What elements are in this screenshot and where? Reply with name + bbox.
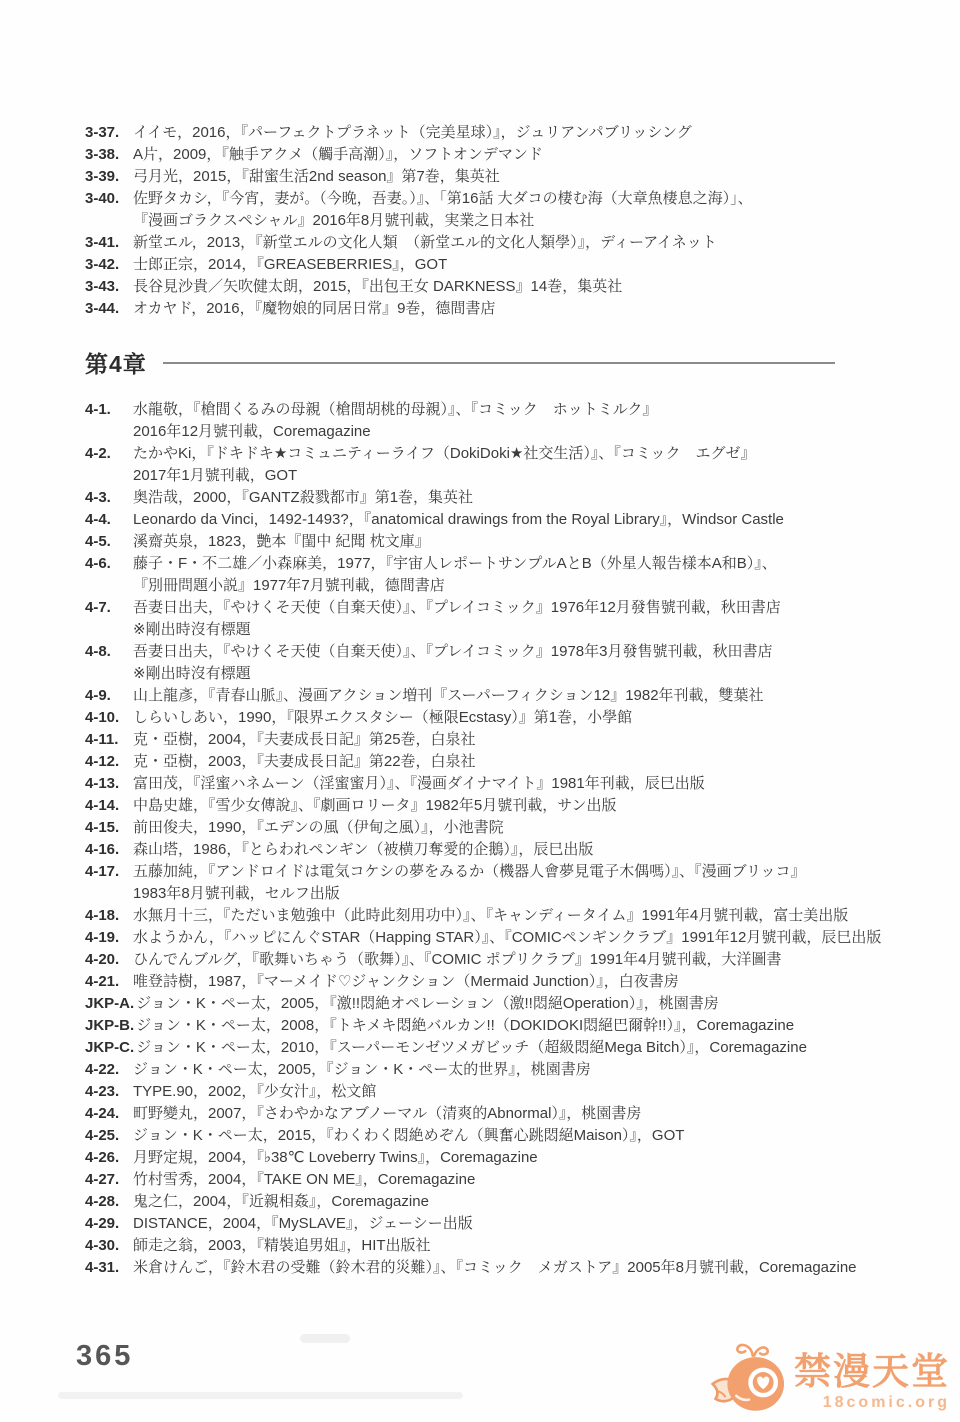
reference-entry: 4-13.富田茂，『淫蜜ハネムーン（淫蜜蜜月）』、『漫画ダイナマイト』1981年… bbox=[85, 773, 905, 795]
entry-number: 4-15. bbox=[85, 817, 133, 839]
entry-text: 鬼之仁，2004，『近親相姦』，Coremagazine bbox=[133, 1191, 429, 1213]
watermark-site-url: 18comic.org bbox=[823, 1394, 950, 1412]
reference-entry: 4-7.吾妻日出夫，『やけくそ天使（自棄天使）』、『プレイコミック』1976年1… bbox=[85, 597, 905, 641]
entry-number: 4-18. bbox=[85, 905, 133, 927]
entry-line: 中島史雄，『雪少女傳說』、『劇画ロリータ』1982年5月號刊載，サン出版 bbox=[133, 795, 616, 817]
reference-entry: 4-22.ジョン・K・ペー太，2005，『ジョン・K・ペー太的世界』，桃園書房 bbox=[85, 1059, 905, 1081]
entry-number: 4-10. bbox=[85, 707, 133, 729]
entry-number: 4-9. bbox=[85, 685, 133, 707]
entry-number: 4-13. bbox=[85, 773, 133, 795]
reference-entry: 4-24.町野變丸，2007，『さわやかなアブノーマル（清爽的Abnormal）… bbox=[85, 1103, 905, 1125]
entry-text: 佐野タカシ，『今宵，妻が。（今晚，吾妻。）』、「第16話 大ダコの棲む海（大章魚… bbox=[133, 188, 753, 232]
entry-text: ジョン・K・ペー太，2015，『わくわく悶絶めぞん（興奮心跳悶絕Maison）』… bbox=[133, 1125, 684, 1147]
scan-artifact bbox=[300, 1334, 350, 1343]
entry-text: 森山塔，1986，『とらわれペンギン（被横刀奪愛的企鵝）』，辰巳出版 bbox=[133, 839, 593, 861]
reference-entry: 4-25.ジョン・K・ペー太，2015，『わくわく悶絶めぞん（興奮心跳悶絕Mai… bbox=[85, 1125, 905, 1147]
reference-entry: 3-39.弓月光，2015，『甜蜜生活2nd season』第7巻，集英社 bbox=[85, 166, 905, 188]
entry-text: 奥浩哉，2000，『GANTZ殺戮都市』第1巻，集英社 bbox=[133, 487, 473, 509]
entry-line: DISTANCE，2004，『MySLAVE』，ジェーシー出版 bbox=[133, 1213, 473, 1235]
entry-number: 4-5. bbox=[85, 531, 133, 553]
entry-line: 米倉けんご，『鈴木君の受難（鈴木君的災難）』、『コミック メガストア』2005年… bbox=[133, 1257, 857, 1279]
reference-entry: 4-12.克・亞樹，2003，『夫妻成長日記』第22巻，白泉社 bbox=[85, 751, 905, 773]
reference-entry: 4-11.克・亞樹，2004，『夫妻成長日記』第25巻，白泉社 bbox=[85, 729, 905, 751]
scan-artifact bbox=[58, 1392, 463, 1399]
entry-line: 唯登詩樹，1987，『マーメイド♡ジャンクション（Mermaid Junctio… bbox=[133, 971, 679, 993]
entry-text: 吾妻日出夫，『やけくそ天使（自棄天使）』、『プレイコミック』1976年12月發售… bbox=[133, 597, 781, 641]
entry-line: 五藤加純，『アンドロイドは電気コケシの夢をみるか（機器人會夢見電子木偶嗎）』、『… bbox=[133, 861, 805, 883]
entry-number: 4-21. bbox=[85, 971, 133, 993]
entry-number: 4-27. bbox=[85, 1169, 133, 1191]
chapter-heading: 第4章 bbox=[85, 346, 835, 379]
entry-line: 1983年8月號刊載，セルフ出版 bbox=[133, 883, 805, 905]
entry-text: 中島史雄，『雪少女傳說』、『劇画ロリータ』1982年5月號刊載，サン出版 bbox=[133, 795, 616, 817]
entry-line: 吾妻日出夫，『やけくそ天使（自棄天使）』、『プレイコミック』1978年3月發售號… bbox=[133, 641, 772, 663]
reference-entry: JKP-A.ジョン・K・ペー太，2005，『激!!悶絶オペレーション（激!!悶絕… bbox=[85, 993, 905, 1015]
reference-entry: 4-9.山上龍彥，『青春山脈』、漫画アクション増刊『スーパーフィクション12』1… bbox=[85, 685, 905, 707]
reference-entry: 4-18.水無月十三，『ただいま勉強中（此時此刻用功中）』、『キャンディータイム… bbox=[85, 905, 905, 927]
entry-text: 長谷見沙貴／矢吹健太朗，2015，『出包王女 DARKNESS』14巻，集英社 bbox=[133, 276, 622, 298]
entry-number: 4-4. bbox=[85, 509, 133, 531]
reference-entry: 3-43.長谷見沙貴／矢吹健太朗，2015，『出包王女 DARKNESS』14巻… bbox=[85, 276, 905, 298]
entry-number: 3-37. bbox=[85, 122, 133, 144]
reference-entry: 4-2.たかやKi，『ドキドキ★コミュニティーライフ（DokiDoki★社交生活… bbox=[85, 443, 905, 487]
reference-entry: 4-16.森山塔，1986，『とらわれペンギン（被横刀奪愛的企鵝）』，辰巳出版 bbox=[85, 839, 905, 861]
entry-line: 師走之翁，2003，『精裝追男姐』，HIT出版社 bbox=[133, 1235, 431, 1257]
reference-entry: 3-41.新堂エル，2013，『新堂エルの文化人類 （新堂エル的文化人類學）』，… bbox=[85, 232, 905, 254]
entry-line: ※剛出時沒有標題 bbox=[133, 619, 781, 641]
entry-line: 『別冊問題小説』1977年7月號刊載，德間書店 bbox=[133, 575, 777, 597]
entry-number: 4-11. bbox=[85, 729, 133, 751]
entry-text: 新堂エル，2013，『新堂エルの文化人類 （新堂エル的文化人類學）』，ディーアイ… bbox=[133, 232, 717, 254]
entry-number: 3-42. bbox=[85, 254, 133, 276]
reference-entry: 4-26.月野定規，2004，『♭38℃ Loveberry Twins』，Co… bbox=[85, 1147, 905, 1169]
entry-number: 3-39. bbox=[85, 166, 133, 188]
entry-text: 水無月十三，『ただいま勉強中（此時此刻用功中）』、『キャンディータイム』1991… bbox=[133, 905, 848, 927]
entry-text: 町野變丸，2007，『さわやかなアブノーマル（清爽的Abnormal）』，桃園書… bbox=[133, 1103, 641, 1125]
entry-line: 2016年12月號刊載，Coremagazine bbox=[133, 421, 657, 443]
entry-number: 4-26. bbox=[85, 1147, 133, 1169]
entry-text: 吾妻日出夫，『やけくそ天使（自棄天使）』、『プレイコミック』1978年3月發售號… bbox=[133, 641, 772, 685]
reference-entry: 3-40.佐野タカシ，『今宵，妻が。（今晚，吾妻。）』、「第16話 大ダコの棲む… bbox=[85, 188, 905, 232]
entry-text: 士郎正宗，2014，『GREASEBERRIES』，GOT bbox=[133, 254, 447, 276]
entry-line: 奥浩哉，2000，『GANTZ殺戮都市』第1巻，集英社 bbox=[133, 487, 473, 509]
entry-text: ジョン・K・ペー太，2008，『トキメキ悶絶バルカン!!（DOKIDOKI悶絕巴… bbox=[136, 1015, 794, 1037]
page-number: 365 bbox=[76, 1340, 133, 1373]
entry-text: ジョン・K・ペー太，2005，『激!!悶絶オペレーション（激!!悶絕Operat… bbox=[136, 993, 719, 1015]
entry-text: たかやKi，『ドキドキ★コミュニティーライフ（DokiDoki★社交生活）』、『… bbox=[133, 443, 756, 487]
entry-number: 4-12. bbox=[85, 751, 133, 773]
entry-number: JKP-B. bbox=[85, 1015, 136, 1037]
entry-line: 山上龍彥，『青春山脈』、漫画アクション増刊『スーパーフィクション12』1982年… bbox=[133, 685, 764, 707]
reference-entry: 4-6.藤子・F・不二雄／小森麻美，1977，『宇宙人レポートサンプルAとB（外… bbox=[85, 553, 905, 597]
entry-line: 克・亞樹，2004，『夫妻成長日記』第25巻，白泉社 bbox=[133, 729, 476, 751]
entry-line: Leonardo da Vinci，1492-1493?，『anatomical… bbox=[133, 509, 784, 531]
entry-number: 4-20. bbox=[85, 949, 133, 971]
entry-line: 新堂エル，2013，『新堂エルの文化人類 （新堂エル的文化人類學）』，ディーアイ… bbox=[133, 232, 717, 254]
entry-line: たかやKi，『ドキドキ★コミュニティーライフ（DokiDoki★社交生活）』、『… bbox=[133, 443, 756, 465]
entry-number: 4-23. bbox=[85, 1081, 133, 1103]
entry-number: 3-44. bbox=[85, 298, 133, 320]
chapter-4-entries: 4-1.水龍敬，『槍間くるみの母親（槍間胡桃的母親）』、『コミック ホットミルク… bbox=[85, 399, 905, 1279]
entry-line: オカヤド，2016，『魔物娘的同居日常』9巻，德間書店 bbox=[133, 298, 495, 320]
entry-line: 町野變丸，2007，『さわやかなアブノーマル（清爽的Abnormal）』，桃園書… bbox=[133, 1103, 641, 1125]
entry-number: JKP-A. bbox=[85, 993, 136, 1015]
entry-text: 唯登詩樹，1987，『マーメイド♡ジャンクション（Mermaid Junctio… bbox=[133, 971, 679, 993]
entry-line: 克・亞樹，2003，『夫妻成長日記』第22巻，白泉社 bbox=[133, 751, 476, 773]
entry-text: 富田茂，『淫蜜ハネムーン（淫蜜蜜月）』、『漫画ダイナマイト』1981年刊載，辰巳… bbox=[133, 773, 705, 795]
entry-line: 前田俊夫，1990，『エデンの風（伊甸之風）』，小池書院 bbox=[133, 817, 504, 839]
entry-number: 4-30. bbox=[85, 1235, 133, 1257]
reference-entry: 4-17.五藤加純，『アンドロイドは電気コケシの夢をみるか（機器人會夢見電子木偶… bbox=[85, 861, 905, 905]
entry-text: 米倉けんご，『鈴木君の受難（鈴木君的災難）』、『コミック メガストア』2005年… bbox=[133, 1257, 857, 1279]
reference-entry: 4-29.DISTANCE，2004，『MySLAVE』，ジェーシー出版 bbox=[85, 1213, 905, 1235]
entry-line: 藤子・F・不二雄／小森麻美，1977，『宇宙人レポートサンプルAとB（外星人報告… bbox=[133, 553, 777, 575]
entry-line: 水龍敬，『槍間くるみの母親（槍間胡桃的母親）』、『コミック ホットミルク』 bbox=[133, 399, 657, 421]
entry-text: 竹村雪秀，2004，『TAKE ON ME』，Coremagazine bbox=[133, 1169, 475, 1191]
entry-number: 4-7. bbox=[85, 597, 133, 619]
entry-line: 2017年1月號刊載，GOT bbox=[133, 465, 756, 487]
entry-text: 水ようかん，『ハッピにんぐSTAR（Happing STAR）』、『COMICペ… bbox=[133, 927, 881, 949]
entry-number: 4-8. bbox=[85, 641, 133, 663]
reference-entry: 3-38.A片，2009，『触手アクメ（觸手高潮）』，ソフトオンデマンド bbox=[85, 144, 905, 166]
reference-entry: JKP-C.ジョン・K・ペー太，2010，『スーパーモンゼツメガビッチ（超級悶絕… bbox=[85, 1037, 905, 1059]
entry-line: イイモ，2016，『パーフェクトプラネット（完美星球）』，ジュリアンパブリッシン… bbox=[133, 122, 692, 144]
reference-list: 3-37.イイモ，2016，『パーフェクトプラネット（完美星球）』，ジュリアンパ… bbox=[85, 122, 905, 1279]
reference-entry: 4-20.ひんでんブルグ，『歌舞いちゃう（歌舞）』、『COMIC ポプリクラブ』… bbox=[85, 949, 905, 971]
reference-entry: 4-15.前田俊夫，1990，『エデンの風（伊甸之風）』，小池書院 bbox=[85, 817, 905, 839]
entry-line: 月野定規，2004，『♭38℃ Loveberry Twins』，Coremag… bbox=[133, 1147, 538, 1169]
entry-line: 富田茂，『淫蜜ハネムーン（淫蜜蜜月）』、『漫画ダイナマイト』1981年刊載，辰巳… bbox=[133, 773, 705, 795]
entry-text: Leonardo da Vinci，1492-1493?，『anatomical… bbox=[133, 509, 784, 531]
reference-entry: 4-31.米倉けんご，『鈴木君の受難（鈴木君的災難）』、『コミック メガストア』… bbox=[85, 1257, 905, 1279]
scanned-reference-page: 3-37.イイモ，2016，『パーフェクトプラネット（完美星球）』，ジュリアンパ… bbox=[0, 0, 960, 1422]
entry-text: 月野定規，2004，『♭38℃ Loveberry Twins』，Coremag… bbox=[133, 1147, 538, 1169]
entry-line: ジョン・K・ペー太，2010，『スーパーモンゼツメガビッチ（超級悶絕Mega B… bbox=[136, 1037, 807, 1059]
entry-number: 4-22. bbox=[85, 1059, 133, 1081]
entry-number: 4-6. bbox=[85, 553, 133, 575]
reference-entry: 4-1.水龍敬，『槍間くるみの母親（槍間胡桃的母親）』、『コミック ホットミルク… bbox=[85, 399, 905, 443]
entry-line: ジョン・K・ペー太，2005，『激!!悶絶オペレーション（激!!悶絕Operat… bbox=[136, 993, 719, 1015]
entry-number: 4-1. bbox=[85, 399, 133, 421]
entry-line: ※剛出時沒有標題 bbox=[133, 663, 772, 685]
reference-entry: 4-14.中島史雄，『雪少女傳說』、『劇画ロリータ』1982年5月號刊載，サン出… bbox=[85, 795, 905, 817]
entry-number: 4-14. bbox=[85, 795, 133, 817]
reference-entry: 4-30.師走之翁，2003，『精裝追男姐』，HIT出版社 bbox=[85, 1235, 905, 1257]
reference-entry: 4-23.TYPE.90，2002，『少女汁』，松文館 bbox=[85, 1081, 905, 1103]
entry-text: ジョン・K・ペー太，2010，『スーパーモンゼツメガビッチ（超級悶絕Mega B… bbox=[136, 1037, 807, 1059]
entry-line: しらいしあい，1990，『限界エクスタシー（極限Ecstasy）』第1巻，小學館 bbox=[133, 707, 632, 729]
entry-line: 長谷見沙貴／矢吹健太朗，2015，『出包王女 DARKNESS』14巻，集英社 bbox=[133, 276, 622, 298]
entry-text: 山上龍彥，『青春山脈』、漫画アクション増刊『スーパーフィクション12』1982年… bbox=[133, 685, 764, 707]
reference-entry: 3-37.イイモ，2016，『パーフェクトプラネット（完美星球）』，ジュリアンパ… bbox=[85, 122, 905, 144]
entry-number: 4-28. bbox=[85, 1191, 133, 1213]
chapter-title: 第4章 bbox=[85, 346, 147, 379]
entry-text: 克・亞樹，2004，『夫妻成長日記』第25巻，白泉社 bbox=[133, 729, 476, 751]
entry-line: 溪齋英泉，1823，艶本『閨中 紀聞 枕文庫』 bbox=[133, 531, 430, 553]
entry-line: 吾妻日出夫，『やけくそ天使（自棄天使）』、『プレイコミック』1976年12月發售… bbox=[133, 597, 781, 619]
reference-entry: 4-4.Leonardo da Vinci，1492-1493?，『anatom… bbox=[85, 509, 905, 531]
reference-entry: 4-19.水ようかん，『ハッピにんぐSTAR（Happing STAR）』、『C… bbox=[85, 927, 905, 949]
entry-line: TYPE.90，2002，『少女汁』，松文館 bbox=[133, 1081, 376, 1103]
entry-text: イイモ，2016，『パーフェクトプラネット（完美星球）』，ジュリアンパブリッシン… bbox=[133, 122, 692, 144]
entry-line: ひんでんブルグ，『歌舞いちゃう（歌舞）』、『COMIC ポプリクラブ』1991年… bbox=[133, 949, 781, 971]
reference-entry: 3-44.オカヤド，2016，『魔物娘的同居日常』9巻，德間書店 bbox=[85, 298, 905, 320]
entry-line: 水無月十三，『ただいま勉強中（此時此刻用功中）』、『キャンディータイム』1991… bbox=[133, 905, 848, 927]
reference-entry: 4-5.溪齋英泉，1823，艶本『閨中 紀聞 枕文庫』 bbox=[85, 531, 905, 553]
entry-number: 3-41. bbox=[85, 232, 133, 254]
reference-entry: 4-10.しらいしあい，1990，『限界エクスタシー（極限Ecstasy）』第1… bbox=[85, 707, 905, 729]
entry-number: 4-25. bbox=[85, 1125, 133, 1147]
reference-entry: 4-3.奥浩哉，2000，『GANTZ殺戮都市』第1巻，集英社 bbox=[85, 487, 905, 509]
whale-mascot-icon bbox=[708, 1336, 790, 1422]
entry-number: 4-29. bbox=[85, 1213, 133, 1235]
reference-entry: 4-8.吾妻日出夫，『やけくそ天使（自棄天使）』、『プレイコミック』1978年3… bbox=[85, 641, 905, 685]
entry-text: 克・亞樹，2003，『夫妻成長日記』第22巻，白泉社 bbox=[133, 751, 476, 773]
reference-entry: 4-21.唯登詩樹，1987，『マーメイド♡ジャンクション（Mermaid Ju… bbox=[85, 971, 905, 993]
entry-text: 溪齋英泉，1823，艶本『閨中 紀聞 枕文庫』 bbox=[133, 531, 430, 553]
reference-entry: 3-42.士郎正宗，2014，『GREASEBERRIES』，GOT bbox=[85, 254, 905, 276]
entry-text: 前田俊夫，1990，『エデンの風（伊甸之風）』，小池書院 bbox=[133, 817, 504, 839]
entry-text: 五藤加純，『アンドロイドは電気コケシの夢をみるか（機器人會夢見電子木偶嗎）』、『… bbox=[133, 861, 805, 905]
site-watermark: 禁漫天堂 18comic.org bbox=[708, 1336, 950, 1422]
entry-line: 森山塔，1986，『とらわれペンギン（被横刀奪愛的企鵝）』，辰巳出版 bbox=[133, 839, 593, 861]
entry-number: 4-17. bbox=[85, 861, 133, 883]
entry-text: 水龍敬，『槍間くるみの母親（槍間胡桃的母親）』、『コミック ホットミルク』201… bbox=[133, 399, 657, 443]
reference-entry: 4-27.竹村雪秀，2004，『TAKE ON ME』，Coremagazine bbox=[85, 1169, 905, 1191]
entry-line: A片，2009，『触手アクメ（觸手高潮）』，ソフトオンデマンド bbox=[133, 144, 543, 166]
entry-number: 3-38. bbox=[85, 144, 133, 166]
reference-entry: 4-28.鬼之仁，2004，『近親相姦』，Coremagazine bbox=[85, 1191, 905, 1213]
entry-number: 4-2. bbox=[85, 443, 133, 465]
entry-text: TYPE.90，2002，『少女汁』，松文館 bbox=[133, 1081, 376, 1103]
entry-text: オカヤド，2016，『魔物娘的同居日常』9巻，德間書店 bbox=[133, 298, 495, 320]
reference-entry: JKP-B.ジョン・K・ペー太，2008，『トキメキ悶絶バルカン!!（DOKID… bbox=[85, 1015, 905, 1037]
entry-text: ひんでんブルグ，『歌舞いちゃう（歌舞）』、『COMIC ポプリクラブ』1991年… bbox=[133, 949, 781, 971]
entry-number: JKP-C. bbox=[85, 1037, 136, 1059]
entry-line: 『漫画ゴラクスペシャル』2016年8月號刊載，実業之日本社 bbox=[133, 210, 753, 232]
entry-number: 4-3. bbox=[85, 487, 133, 509]
entry-text: ジョン・K・ペー太，2005，『ジョン・K・ペー太的世界』，桃園書房 bbox=[133, 1059, 591, 1081]
entry-line: 士郎正宗，2014，『GREASEBERRIES』，GOT bbox=[133, 254, 447, 276]
entry-text: 藤子・F・不二雄／小森麻美，1977，『宇宙人レポートサンプルAとB（外星人報告… bbox=[133, 553, 777, 597]
entry-number: 4-31. bbox=[85, 1257, 133, 1279]
entry-text: DISTANCE，2004，『MySLAVE』，ジェーシー出版 bbox=[133, 1213, 473, 1235]
entry-line: ジョン・K・ペー太，2008，『トキメキ悶絶バルカン!!（DOKIDOKI悶絕巴… bbox=[136, 1015, 794, 1037]
entry-number: 4-16. bbox=[85, 839, 133, 861]
entry-text: 弓月光，2015，『甜蜜生活2nd season』第7巻，集英社 bbox=[133, 166, 500, 188]
entry-line: 水ようかん，『ハッピにんぐSTAR（Happing STAR）』、『COMICペ… bbox=[133, 927, 881, 949]
entry-number: 3-40. bbox=[85, 188, 133, 210]
entry-line: ジョン・K・ペー太，2005，『ジョン・K・ペー太的世界』，桃園書房 bbox=[133, 1059, 591, 1081]
entry-number: 3-43. bbox=[85, 276, 133, 298]
heading-rule bbox=[163, 362, 835, 364]
entry-text: A片，2009，『触手アクメ（觸手高潮）』，ソフトオンデマンド bbox=[133, 144, 543, 166]
watermark-text: 禁漫天堂 18comic.org bbox=[794, 1336, 950, 1412]
entry-text: しらいしあい，1990，『限界エクスタシー（極限Ecstasy）』第1巻，小學館 bbox=[133, 707, 632, 729]
entry-line: 鬼之仁，2004，『近親相姦』，Coremagazine bbox=[133, 1191, 429, 1213]
chapter-3-entries: 3-37.イイモ，2016，『パーフェクトプラネット（完美星球）』，ジュリアンパ… bbox=[85, 122, 905, 320]
watermark-site-name: 禁漫天堂 bbox=[794, 1352, 950, 1392]
entry-line: 竹村雪秀，2004，『TAKE ON ME』，Coremagazine bbox=[133, 1169, 475, 1191]
entry-number: 4-19. bbox=[85, 927, 133, 949]
entry-line: 弓月光，2015，『甜蜜生活2nd season』第7巻，集英社 bbox=[133, 166, 500, 188]
entry-text: 師走之翁，2003，『精裝追男姐』，HIT出版社 bbox=[133, 1235, 431, 1257]
entry-line: 佐野タカシ，『今宵，妻が。（今晚，吾妻。）』、「第16話 大ダコの棲む海（大章魚… bbox=[133, 188, 753, 210]
entry-line: ジョン・K・ペー太，2015，『わくわく悶絶めぞん（興奮心跳悶絕Maison）』… bbox=[133, 1125, 684, 1147]
entry-number: 4-24. bbox=[85, 1103, 133, 1125]
